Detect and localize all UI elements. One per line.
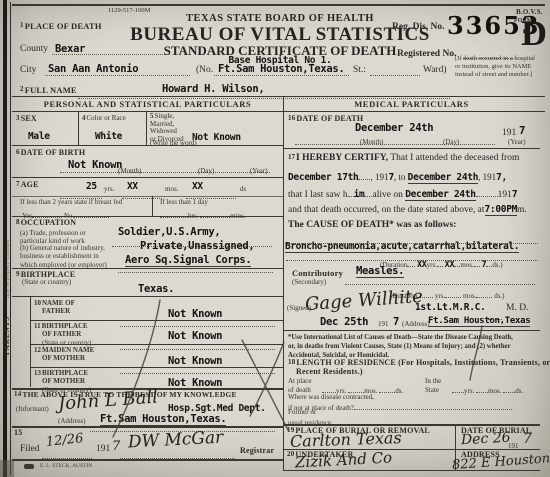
row-line — [30, 367, 283, 368]
registered-no-label: Registered No. — [397, 50, 456, 60]
row-line — [12, 145, 283, 146]
informant-hint: (Informant) — [16, 406, 49, 413]
personal-section-header: PERSONAL AND STATISTICAL PARTICULARS — [12, 100, 283, 109]
ward-label: Ward) — [423, 66, 447, 76]
reg-dis-label: Reg. Dis. No. — [392, 23, 445, 33]
registrar-label: Registrar — [240, 447, 274, 455]
death-year-value: 7 — [519, 126, 525, 137]
form-word-vertical: FORM — [514, 18, 521, 25]
group-line — [12, 426, 283, 428]
dotted-line — [122, 190, 162, 199]
st-label: St.: — [353, 66, 366, 76]
dotted-line — [45, 67, 190, 76]
breast-fed-label: If less than 2 years state if breast fed — [20, 199, 122, 206]
certify-line5: The CAUSE OF DEATH* was as follows: — [288, 221, 456, 231]
filed-year-prefix: 191 — [96, 445, 110, 455]
certify-line3: that I last saw himalive on December 24t… — [288, 188, 517, 201]
day-hint: (Day) — [198, 168, 214, 175]
day-hint: (Day) — [443, 139, 459, 146]
age-ds-label: ds — [240, 186, 246, 193]
age-yrs-label: yrs. — [104, 186, 114, 193]
row-line — [12, 268, 283, 269]
place-of-death-label: 1PLACE OF DEATH — [20, 22, 102, 31]
form-code: 1129-517-100M — [108, 8, 150, 15]
signed-address-hint: (Address) — [402, 321, 430, 328]
occupation-b-value1: Private,Unassigned, — [140, 241, 254, 252]
signed-year-value: 7 — [393, 317, 399, 328]
dotted-line — [214, 67, 349, 76]
physician-signature: Gage Wilhite — [304, 288, 423, 315]
city-label: City — [20, 66, 36, 76]
dotted-line — [78, 90, 158, 99]
form-letter-d: D — [521, 13, 547, 53]
in-state-units: yrs. mos. ds. — [452, 384, 523, 395]
cell-divider — [78, 111, 79, 145]
dotted-line — [295, 136, 495, 145]
birthplace-sub: (State or country) — [22, 279, 71, 286]
top-border — [12, 4, 545, 6]
father-name-label: 10NAME OFFATHER — [34, 299, 75, 316]
signed-year-prefix: 191 — [378, 321, 389, 328]
physician-rank-value: 1st.Lt.M.R.C. — [415, 303, 485, 313]
dotted-line — [120, 341, 275, 350]
row-line — [283, 148, 540, 149]
sex-label: 3SEX — [16, 115, 37, 123]
item-number: 1 — [20, 21, 24, 29]
county-label: County — [20, 45, 48, 55]
dotted-line — [345, 276, 535, 285]
date-of-death-label: 16DATE OF DEATH — [288, 115, 363, 123]
in-state-label: In theState — [425, 377, 441, 395]
year-hint: (Year) — [250, 168, 268, 175]
left-margin-note: may be properly classified — [6, 168, 12, 298]
medical-section-header: MEDICAL PARTICULARS — [283, 100, 540, 109]
full-name-label: 2FULL NAME — [20, 86, 77, 95]
cell-divider — [146, 111, 147, 145]
x-mark-stroke — [242, 340, 288, 430]
cell-divider — [152, 196, 153, 216]
section-divider-top — [12, 96, 545, 97]
where-contracted-label2: if not at place of death? — [288, 401, 512, 412]
row-line — [12, 177, 283, 178]
undertaker-value: Zizik And Co — [295, 450, 393, 471]
registrar-signature: DW McGar — [128, 430, 224, 453]
secondary-label: (Secondary) — [292, 279, 326, 286]
signed-address-value: Ft.Sam Houston,Texas — [428, 317, 530, 327]
month-hint: (Month) — [118, 168, 141, 175]
age-label: 7AGE — [16, 181, 39, 189]
section-divider-bottom — [12, 111, 545, 112]
no-label: (No. — [196, 66, 213, 76]
month-hint: (Month) — [360, 139, 383, 146]
printer-mark: E. L. STECK, AUSTIN — [40, 464, 92, 470]
form-bottom-line — [12, 459, 283, 461]
occupation-b-label: (b) General nature of industry,business … — [20, 244, 107, 269]
dotted-line — [120, 450, 235, 459]
form-bottom-line — [283, 470, 540, 471]
board-title: TEXAS STATE BOARD OF HEALTH — [150, 13, 410, 24]
md-label: M. D. — [506, 304, 528, 314]
occupation-a-value: Soldier,U.S.Army, — [118, 227, 220, 238]
death-certificate: may be properly classified 1129-517-100M… — [0, 0, 550, 477]
year-hint: (Year) — [508, 139, 526, 146]
row-line — [30, 320, 283, 321]
certify-line1: 17I HEREBY CERTIFY, That I attended the … — [288, 154, 519, 164]
contributory-label: Contributory — [292, 269, 343, 278]
marital-value: Not Known — [192, 133, 241, 143]
address-hint: (Address) — [58, 418, 86, 425]
signed-date-value: Dec 25th — [320, 317, 368, 328]
date-of-burial-value: Dec 26 — [461, 431, 511, 448]
dotted-line — [370, 67, 420, 76]
informant-signature: John L Ball — [57, 389, 158, 415]
row-line — [283, 330, 540, 331]
form-d-mark: FORMD — [514, 18, 547, 50]
hospital-note: [If death occurred in a hospital or inst… — [455, 55, 541, 79]
union-bug-icon — [24, 464, 34, 469]
dotted-line — [160, 90, 450, 99]
marital-label-write: (Write the word) — [150, 140, 197, 147]
occupation-label: 8OCCUPATION — [16, 219, 76, 227]
filed-item-number: 15 — [14, 429, 22, 437]
date-of-birth-label: 6DATE OF BIRTH — [16, 149, 85, 157]
row-line — [30, 344, 283, 345]
burial-year-value: 7 — [523, 432, 532, 447]
dotted-line — [52, 46, 167, 55]
column-divider — [283, 96, 284, 470]
row-line — [12, 216, 283, 217]
sub-row-line — [12, 196, 283, 197]
dotted-line — [60, 164, 270, 173]
filed-label: Filed — [20, 445, 40, 455]
place-of-burial-value: Carlton Texas — [290, 430, 402, 451]
filed-date-hand: 12/26 — [45, 432, 84, 449]
parents-vertical-label: PARENTS — [4, 316, 11, 355]
length-of-residence-label2: Recent Residents.) — [296, 368, 363, 376]
birthplace-value: Texas. — [138, 284, 174, 295]
parents-divider — [30, 296, 31, 387]
race-label: 4Color or Race — [82, 115, 126, 122]
item-number: 2 — [20, 85, 24, 93]
less-than-day-label: If less than 1 day — [160, 199, 208, 206]
date-of-death-value: December 24th — [355, 123, 433, 134]
hrs-mins-labels: hrs. mins. — [160, 209, 245, 220]
at-place-label: At placeof death — [288, 377, 312, 395]
age-mos-label: mos. — [165, 186, 178, 193]
certify-line4: and that death occurred, on the date sta… — [288, 205, 527, 216]
dotted-line — [42, 450, 92, 459]
race-value: White — [95, 132, 122, 142]
certify-line2: December 17th, 1917, to December 24th, 1… — [288, 171, 507, 183]
corner-smudge — [0, 460, 14, 477]
mother-maiden-label: 12MAIDEN NAME OF MOTHER — [34, 346, 94, 363]
row-line — [12, 296, 283, 297]
sex-value: Male — [28, 132, 50, 142]
cause-footnote: *Use International List of Causes of Dea… — [288, 334, 513, 360]
